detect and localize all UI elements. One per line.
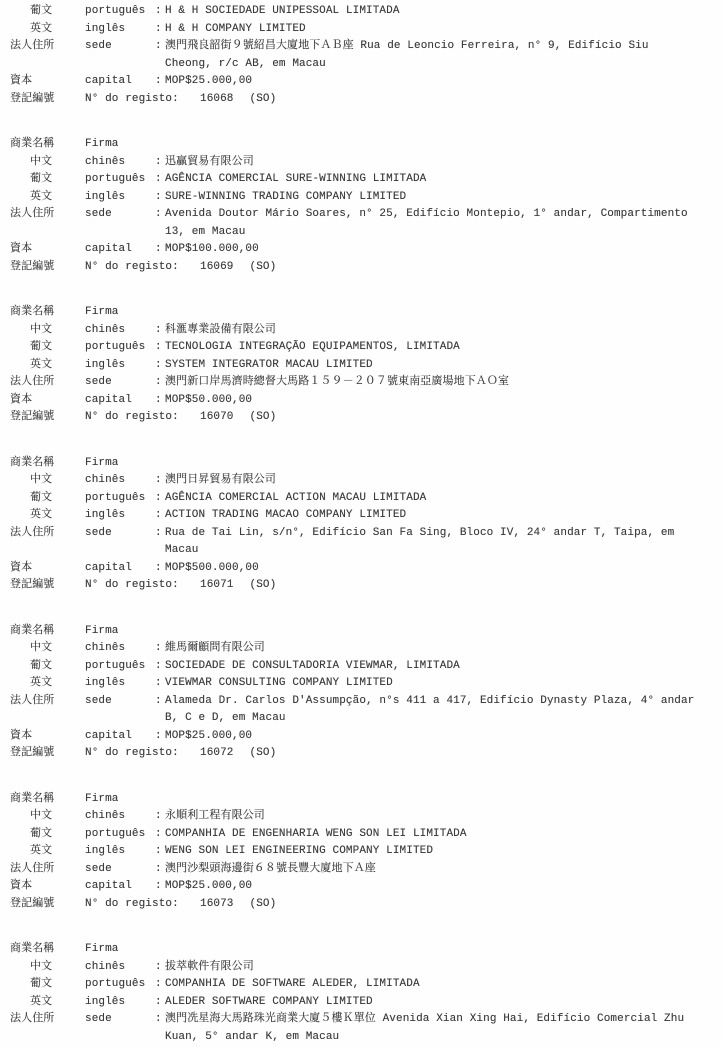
- colon-separator: :: [155, 21, 165, 39]
- field-label-pt: capital: [85, 728, 155, 746]
- field-value: AGÊNCIA COMERCIAL SURE-WINNING LIMITADA: [165, 171, 695, 189]
- record-row: 法人住所sede:澳門沙梨頭海邊街６８號長豐大廈地下Ａ座: [10, 861, 712, 879]
- record-row: 中文chinês:拔萃軟件有限公司: [10, 959, 712, 977]
- records: 葡文português:H & H SOCIEDADE UNIPESSOAL L…: [10, 3, 712, 1046]
- record-row: 英文inglês:SURE-WINNING TRADING COMPANY LI…: [10, 189, 712, 207]
- registration-suffix: (SO): [250, 577, 277, 595]
- record-header-row: 商業名稱Firma: [10, 791, 712, 809]
- field-label-zh: 葡文: [10, 976, 85, 994]
- registration-number: 16073: [200, 896, 234, 914]
- registration-number: 16069: [200, 259, 234, 277]
- record-row: 中文chinês:科滙專業設備有限公司: [10, 322, 712, 340]
- field-label-pt: inglês: [85, 994, 155, 1012]
- colon-separator: :: [155, 472, 165, 490]
- record-row: 法人住所sede:澳門冼星海大馬路珠光商業大廈５樓Ｋ單位 Avenida Xia…: [10, 1011, 712, 1046]
- company-record: 商業名稱Firma中文chinês:澳門日昇貿易有限公司葡文português:…: [10, 455, 712, 595]
- colon-separator: :: [155, 693, 165, 711]
- record-header-row: 商業名稱Firma: [10, 136, 712, 154]
- field-value: Alameda Dr. Carlos D'Assumpção, n°s 411 …: [165, 693, 695, 728]
- field-label-pt: inglês: [85, 843, 155, 861]
- colon-separator: :: [155, 154, 165, 172]
- field-value: AGÊNCIA COMERCIAL ACTION MACAU LIMITADA: [165, 490, 695, 508]
- field-label-zh: 葡文: [10, 826, 85, 844]
- field-label-pt: N° do registo:: [85, 259, 200, 277]
- registration-row: 登記編號N° do registo:16072(SO): [10, 745, 712, 763]
- colon-separator: :: [155, 878, 165, 896]
- field-label-pt: capital: [85, 878, 155, 896]
- colon-separator: :: [155, 959, 165, 977]
- field-label-pt: português: [85, 171, 155, 189]
- field-label-pt: N° do registo:: [85, 745, 200, 763]
- field-value: Rua de Tai Lin, s/n°, Edifício San Fa Si…: [165, 525, 695, 560]
- record-row: 法人住所sede:澳門新口岸馬濟時總督大馬路１５９－２０７號東南亞廣場地下ＡＯ室: [10, 374, 712, 392]
- registration-number: 16071: [200, 577, 234, 595]
- field-label-pt: sede: [85, 374, 155, 392]
- field-label-zh: 英文: [10, 675, 85, 693]
- field-value: MOP$25.000,00: [165, 878, 695, 896]
- field-value: 澳門飛良韶街９號紹昌大廈地下ＡＢ座 Rua de Leoncio Ferreir…: [165, 38, 695, 73]
- company-record: 商業名稱Firma中文chinês:迅贏貿易有限公司葡文português:AG…: [10, 136, 712, 276]
- record-row: 英文inglês:VIEWMAR CONSULTING COMPANY LIMI…: [10, 675, 712, 693]
- field-label-pt: português: [85, 976, 155, 994]
- colon-separator: :: [155, 1011, 165, 1029]
- record-row: 英文inglês:SYSTEM INTEGRATOR MACAU LIMITED: [10, 357, 712, 375]
- field-label-pt: Firma: [85, 455, 155, 473]
- record-row: 中文chinês:迅贏貿易有限公司: [10, 154, 712, 172]
- field-label-zh: 法人住所: [10, 1011, 85, 1029]
- field-label-zh: 英文: [10, 994, 85, 1012]
- registration-number: 16070: [200, 409, 234, 427]
- record-row: 葡文português:AGÊNCIA COMERCIAL ACTION MAC…: [10, 490, 712, 508]
- field-label-pt: capital: [85, 392, 155, 410]
- colon-separator: :: [155, 392, 165, 410]
- record-row: 法人住所sede:澳門飛良韶街９號紹昌大廈地下ＡＢ座 Rua de Leonci…: [10, 38, 712, 73]
- field-label-pt: chinês: [85, 959, 155, 977]
- colon-separator: :: [155, 843, 165, 861]
- field-label-pt: capital: [85, 241, 155, 259]
- colon-separator: :: [155, 808, 165, 826]
- field-value: MOP$25.000,00: [165, 73, 695, 91]
- field-value: VIEWMAR CONSULTING COMPANY LIMITED: [165, 675, 695, 693]
- field-value: 迅贏貿易有限公司: [165, 154, 695, 172]
- field-label-zh: 登記編號: [10, 577, 85, 595]
- field-label-pt: sede: [85, 206, 155, 224]
- colon-separator: :: [155, 675, 165, 693]
- registration-row: 登記編號N° do registo:16071(SO): [10, 577, 712, 595]
- field-label-pt: Firma: [85, 623, 155, 641]
- colon-separator: :: [155, 861, 165, 879]
- page: 葡文português:H & H SOCIEDADE UNIPESSOAL L…: [0, 0, 722, 1047]
- field-label-zh: 資本: [10, 878, 85, 896]
- field-label-pt: Firma: [85, 791, 155, 809]
- field-label-zh: 中文: [10, 154, 85, 172]
- field-value: 科滙專業設備有限公司: [165, 322, 695, 340]
- field-label-pt: N° do registo:: [85, 409, 200, 427]
- record-header-row: 商業名稱Firma: [10, 455, 712, 473]
- field-label-zh: 葡文: [10, 339, 85, 357]
- colon-separator: :: [155, 171, 165, 189]
- registration-suffix: (SO): [250, 91, 277, 109]
- field-label-pt: inglês: [85, 675, 155, 693]
- field-label-pt: português: [85, 3, 155, 21]
- registration-suffix: (SO): [250, 745, 277, 763]
- field-label-pt: chinês: [85, 322, 155, 340]
- field-label-zh: 葡文: [10, 658, 85, 676]
- colon-separator: :: [155, 241, 165, 259]
- field-label-pt: chinês: [85, 808, 155, 826]
- company-record: 商業名稱Firma中文chinês:拔萃軟件有限公司葡文português:CO…: [10, 941, 712, 1046]
- record-row: 中文chinês:維馬爾顧問有限公司: [10, 640, 712, 658]
- field-label-pt: Firma: [85, 941, 155, 959]
- registration-row: 登記編號N° do registo:16073(SO): [10, 896, 712, 914]
- company-record: 商業名稱Firma中文chinês:維馬爾顧問有限公司葡文português:S…: [10, 623, 712, 763]
- record-row: 法人住所sede:Rua de Tai Lin, s/n°, Edifício …: [10, 525, 712, 560]
- field-label-zh: 商業名稱: [10, 136, 85, 154]
- field-label-zh: 商業名稱: [10, 455, 85, 473]
- field-label-zh: 法人住所: [10, 38, 85, 56]
- registration-suffix: (SO): [250, 259, 277, 277]
- field-label-pt: inglês: [85, 21, 155, 39]
- field-label-zh: 登記編號: [10, 259, 85, 277]
- company-record: 商業名稱Firma中文chinês:永順利工程有限公司葡文português:C…: [10, 791, 712, 914]
- colon-separator: :: [155, 206, 165, 224]
- field-value: SURE-WINNING TRADING COMPANY LIMITED: [165, 189, 695, 207]
- field-value: 澳門新口岸馬濟時總督大馬路１５９－２０７號東南亞廣場地下ＡＯ室: [165, 374, 695, 392]
- field-label-zh: 法人住所: [10, 374, 85, 392]
- registration-row: 登記編號N° do registo:16070(SO): [10, 409, 712, 427]
- field-label-pt: Firma: [85, 304, 155, 322]
- field-label-zh: 葡文: [10, 171, 85, 189]
- field-value: 澳門日昇貿易有限公司: [165, 472, 695, 490]
- record-row: 中文chinês:澳門日昇貿易有限公司: [10, 472, 712, 490]
- field-value: MOP$25.000,00: [165, 728, 695, 746]
- registration-row: 登記編號N° do registo:16068(SO): [10, 91, 712, 109]
- field-value: WENG SON LEI ENGINEERING COMPANY LIMITED: [165, 843, 695, 861]
- field-label-zh: 商業名稱: [10, 791, 85, 809]
- field-label-zh: 商業名稱: [10, 623, 85, 641]
- registration-row: 登記編號N° do registo:16069(SO): [10, 259, 712, 277]
- field-label-zh: 資本: [10, 73, 85, 91]
- colon-separator: :: [155, 560, 165, 578]
- field-label-zh: 葡文: [10, 490, 85, 508]
- field-label-zh: 法人住所: [10, 206, 85, 224]
- field-label-zh: 英文: [10, 507, 85, 525]
- field-label-zh: 中文: [10, 959, 85, 977]
- field-label-pt: sede: [85, 38, 155, 56]
- colon-separator: :: [155, 507, 165, 525]
- field-value: ACTION TRADING MACAO COMPANY LIMITED: [165, 507, 695, 525]
- field-label-zh: 英文: [10, 189, 85, 207]
- field-value: H & H COMPANY LIMITED: [165, 21, 695, 39]
- company-record: 商業名稱Firma中文chinês:科滙專業設備有限公司葡文português:…: [10, 304, 712, 427]
- record-row: 資本capital:MOP$100.000,00: [10, 241, 712, 259]
- field-label-pt: capital: [85, 73, 155, 91]
- field-label-pt: chinês: [85, 472, 155, 490]
- field-label-pt: chinês: [85, 640, 155, 658]
- field-label-pt: Firma: [85, 136, 155, 154]
- colon-separator: :: [155, 374, 165, 392]
- record-row: 資本capital:MOP$25.000,00: [10, 878, 712, 896]
- field-value: 維馬爾顧問有限公司: [165, 640, 695, 658]
- field-label-pt: sede: [85, 525, 155, 543]
- field-label-pt: N° do registo:: [85, 577, 200, 595]
- field-label-pt: N° do registo:: [85, 91, 200, 109]
- record-row: 葡文português:AGÊNCIA COMERCIAL SURE-WINNI…: [10, 171, 712, 189]
- colon-separator: :: [155, 73, 165, 91]
- colon-separator: :: [155, 490, 165, 508]
- field-value: 澳門沙梨頭海邊街６８號長豐大廈地下Ａ座: [165, 861, 695, 879]
- field-label-zh: 法人住所: [10, 861, 85, 879]
- field-value: COMPANHIA DE SOFTWARE ALEDER, LIMITADA: [165, 976, 695, 994]
- colon-separator: :: [155, 826, 165, 844]
- field-label-pt: inglês: [85, 357, 155, 375]
- company-record: 葡文português:H & H SOCIEDADE UNIPESSOAL L…: [10, 3, 712, 108]
- field-label-zh: 資本: [10, 728, 85, 746]
- registration-number: 16068: [200, 91, 234, 109]
- field-value: 澳門冼星海大馬路珠光商業大廈５樓Ｋ單位 Avenida Xian Xing Ha…: [165, 1011, 695, 1046]
- record-row: 英文inglês:WENG SON LEI ENGINEERING COMPAN…: [10, 843, 712, 861]
- colon-separator: :: [155, 357, 165, 375]
- field-label-pt: inglês: [85, 189, 155, 207]
- record-row: 葡文português:TECNOLOGIA INTEGRAÇÃO EQUIPA…: [10, 339, 712, 357]
- record-row: 中文chinês:永順利工程有限公司: [10, 808, 712, 826]
- record-row: 資本capital:MOP$25.000,00: [10, 73, 712, 91]
- field-label-zh: 登記編號: [10, 409, 85, 427]
- field-label-pt: português: [85, 658, 155, 676]
- field-label-zh: 英文: [10, 843, 85, 861]
- field-value: MOP$50.000,00: [165, 392, 695, 410]
- field-label-zh: 商業名稱: [10, 941, 85, 959]
- colon-separator: :: [155, 525, 165, 543]
- record-row: 英文inglês:H & H COMPANY LIMITED: [10, 21, 712, 39]
- field-value: ALEDER SOFTWARE COMPANY LIMITED: [165, 994, 695, 1012]
- colon-separator: :: [155, 728, 165, 746]
- field-label-pt: português: [85, 339, 155, 357]
- field-value: TECNOLOGIA INTEGRAÇÃO EQUIPAMENTOS, LIMI…: [165, 339, 695, 357]
- record-row: 葡文português:SOCIEDADE DE CONSULTADORIA V…: [10, 658, 712, 676]
- field-label-pt: sede: [85, 1011, 155, 1029]
- record-row: 英文inglês:ACTION TRADING MACAO COMPANY LI…: [10, 507, 712, 525]
- colon-separator: :: [155, 994, 165, 1012]
- registration-suffix: (SO): [250, 896, 277, 914]
- field-label-pt: chinês: [85, 154, 155, 172]
- field-label-zh: 資本: [10, 392, 85, 410]
- field-value: MOP$100.000,00: [165, 241, 695, 259]
- field-label-zh: 登記編號: [10, 745, 85, 763]
- field-label-zh: 中文: [10, 322, 85, 340]
- field-value: MOP$500.000,00: [165, 560, 695, 578]
- field-label-zh: 商業名稱: [10, 304, 85, 322]
- record-row: 英文inglês:ALEDER SOFTWARE COMPANY LIMITED: [10, 994, 712, 1012]
- colon-separator: :: [155, 640, 165, 658]
- colon-separator: :: [155, 3, 165, 21]
- record-row: 法人住所sede:Alameda Dr. Carlos D'Assumpção,…: [10, 693, 712, 728]
- field-label-pt: capital: [85, 560, 155, 578]
- registration-suffix: (SO): [250, 409, 277, 427]
- record-row: 葡文português:COMPANHIA DE SOFTWARE ALEDER…: [10, 976, 712, 994]
- record-row: 葡文português:COMPANHIA DE ENGENHARIA WENG…: [10, 826, 712, 844]
- colon-separator: :: [155, 976, 165, 994]
- field-label-zh: 資本: [10, 560, 85, 578]
- registration-number: 16072: [200, 745, 234, 763]
- colon-separator: :: [155, 38, 165, 56]
- record-row: 法人住所sede:Avenida Doutor Mário Soares, n°…: [10, 206, 712, 241]
- field-label-zh: 法人住所: [10, 525, 85, 543]
- record-row: 資本capital:MOP$500.000,00: [10, 560, 712, 578]
- field-label-pt: inglês: [85, 507, 155, 525]
- record-row: 葡文português:H & H SOCIEDADE UNIPESSOAL L…: [10, 3, 712, 21]
- field-value: SOCIEDADE DE CONSULTADORIA VIEWMAR, LIMI…: [165, 658, 695, 676]
- field-label-zh: 中文: [10, 808, 85, 826]
- field-label-zh: 法人住所: [10, 693, 85, 711]
- field-value: H & H SOCIEDADE UNIPESSOAL LIMITADA: [165, 3, 695, 21]
- field-label-pt: português: [85, 826, 155, 844]
- colon-separator: :: [155, 322, 165, 340]
- field-label-pt: sede: [85, 693, 155, 711]
- field-value: COMPANHIA DE ENGENHARIA WENG SON LEI LIM…: [165, 826, 695, 844]
- field-label-zh: 資本: [10, 241, 85, 259]
- field-label-zh: 中文: [10, 640, 85, 658]
- field-value: 拔萃軟件有限公司: [165, 959, 695, 977]
- record-header-row: 商業名稱Firma: [10, 304, 712, 322]
- field-value: 永順利工程有限公司: [165, 808, 695, 826]
- field-value: Avenida Doutor Mário Soares, n° 25, Edif…: [165, 206, 695, 241]
- field-label-zh: 中文: [10, 472, 85, 490]
- field-label-zh: 葡文: [10, 3, 85, 21]
- colon-separator: :: [155, 189, 165, 207]
- record-header-row: 商業名稱Firma: [10, 941, 712, 959]
- colon-separator: :: [155, 658, 165, 676]
- record-header-row: 商業名稱Firma: [10, 623, 712, 641]
- field-label-zh: 英文: [10, 357, 85, 375]
- field-label-pt: português: [85, 490, 155, 508]
- record-row: 資本capital:MOP$50.000,00: [10, 392, 712, 410]
- field-label-zh: 英文: [10, 21, 85, 39]
- record-row: 資本capital:MOP$25.000,00: [10, 728, 712, 746]
- field-label-zh: 登記編號: [10, 91, 85, 109]
- field-value: SYSTEM INTEGRATOR MACAU LIMITED: [165, 357, 695, 375]
- colon-separator: :: [155, 339, 165, 357]
- field-label-pt: sede: [85, 861, 155, 879]
- field-label-zh: 登記編號: [10, 896, 85, 914]
- field-label-pt: N° do registo:: [85, 896, 200, 914]
